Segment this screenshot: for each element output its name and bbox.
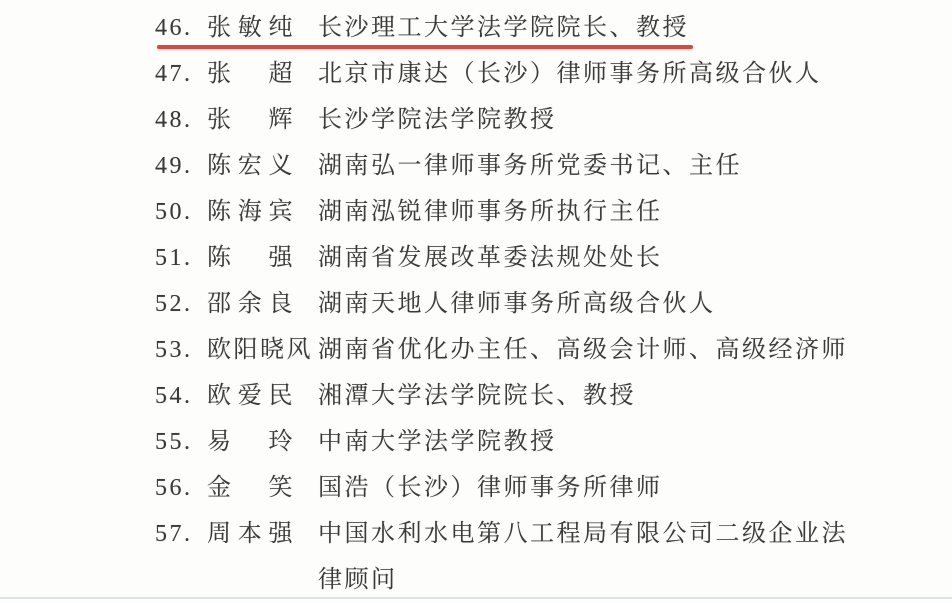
entry-number: 48. xyxy=(155,97,207,143)
entry-number: 55. xyxy=(155,419,207,465)
list-item: 48. 张辉 长沙学院法学院教授 xyxy=(0,97,952,143)
entry-name: 易玲 xyxy=(207,419,295,465)
red-underline-annotation xyxy=(157,45,693,49)
entry-affiliation: 中国水利水电第八工程局有限公司二级企业法律顾问 xyxy=(318,511,858,603)
entry-name: 欧阳晓风 xyxy=(207,327,295,373)
bottom-page-rule xyxy=(0,597,952,599)
entry-affiliation: 湘潭大学法学院院长、教授 xyxy=(318,373,858,419)
entry-name: 欧爱民 xyxy=(207,373,295,419)
entry-number: 50. xyxy=(155,189,207,235)
list-item: 52. 邵余良 湖南天地人律师事务所高级合伙人 xyxy=(0,281,952,327)
list-item: 53. 欧阳晓风 湖南省优化办主任、高级会计师、高级经济师 xyxy=(0,327,952,373)
entry-affiliation: 湖南省发展改革委法规处处长 xyxy=(318,235,858,281)
list-item: 47. 张超 北京市康达（长沙）律师事务所高级合伙人 xyxy=(0,51,952,97)
list-item: 49. 陈宏义 湖南弘一律师事务所党委书记、主任 xyxy=(0,143,952,189)
entry-affiliation: 湖南省优化办主任、高级会计师、高级经济师 xyxy=(318,327,858,373)
list-item: 56. 金笑 国浩（长沙）律师事务所律师 xyxy=(0,465,952,511)
entry-name: 陈强 xyxy=(207,235,295,281)
entry-name: 张超 xyxy=(207,51,295,97)
entry-list: 46. 张敏纯 长沙理工大学法学院院长、教授 47. 张超 北京市康达（长沙）律… xyxy=(0,5,952,603)
entry-affiliation: 北京市康达（长沙）律师事务所高级合伙人 xyxy=(318,51,858,97)
list-item: 57. 周本强 中国水利水电第八工程局有限公司二级企业法律顾问 xyxy=(0,511,952,603)
entry-number: 49. xyxy=(155,143,207,189)
entry-number: 56. xyxy=(155,465,207,511)
entry-number: 54. xyxy=(155,373,207,419)
list-item: 54. 欧爱民 湘潭大学法学院院长、教授 xyxy=(0,373,952,419)
entry-name: 陈宏义 xyxy=(207,143,295,189)
entry-affiliation: 湖南天地人律师事务所高级合伙人 xyxy=(318,281,858,327)
entry-name: 周本强 xyxy=(207,511,295,557)
entry-number: 47. xyxy=(155,51,207,97)
entry-name: 张辉 xyxy=(207,97,295,143)
scanned-document-page: 46. 张敏纯 长沙理工大学法学院院长、教授 47. 张超 北京市康达（长沙）律… xyxy=(0,0,952,603)
entry-number: 51. xyxy=(155,235,207,281)
entry-affiliation: 中南大学法学院教授 xyxy=(318,419,858,465)
entry-number: 57. xyxy=(155,511,207,557)
entry-number: 53. xyxy=(155,327,207,373)
entry-name: 金笑 xyxy=(207,465,295,511)
entry-affiliation: 国浩（长沙）律师事务所律师 xyxy=(318,465,858,511)
list-item: 50. 陈海宾 湖南泓锐律师事务所执行主任 xyxy=(0,189,952,235)
list-item: 55. 易玲 中南大学法学院教授 xyxy=(0,419,952,465)
entry-affiliation: 长沙学院法学院教授 xyxy=(318,97,858,143)
list-item: 51. 陈强 湖南省发展改革委法规处处长 xyxy=(0,235,952,281)
entry-name: 陈海宾 xyxy=(207,189,295,235)
entry-affiliation: 湖南泓锐律师事务所执行主任 xyxy=(318,189,858,235)
entry-affiliation: 湖南弘一律师事务所党委书记、主任 xyxy=(318,143,858,189)
entry-number: 52. xyxy=(155,281,207,327)
entry-name: 邵余良 xyxy=(207,281,295,327)
